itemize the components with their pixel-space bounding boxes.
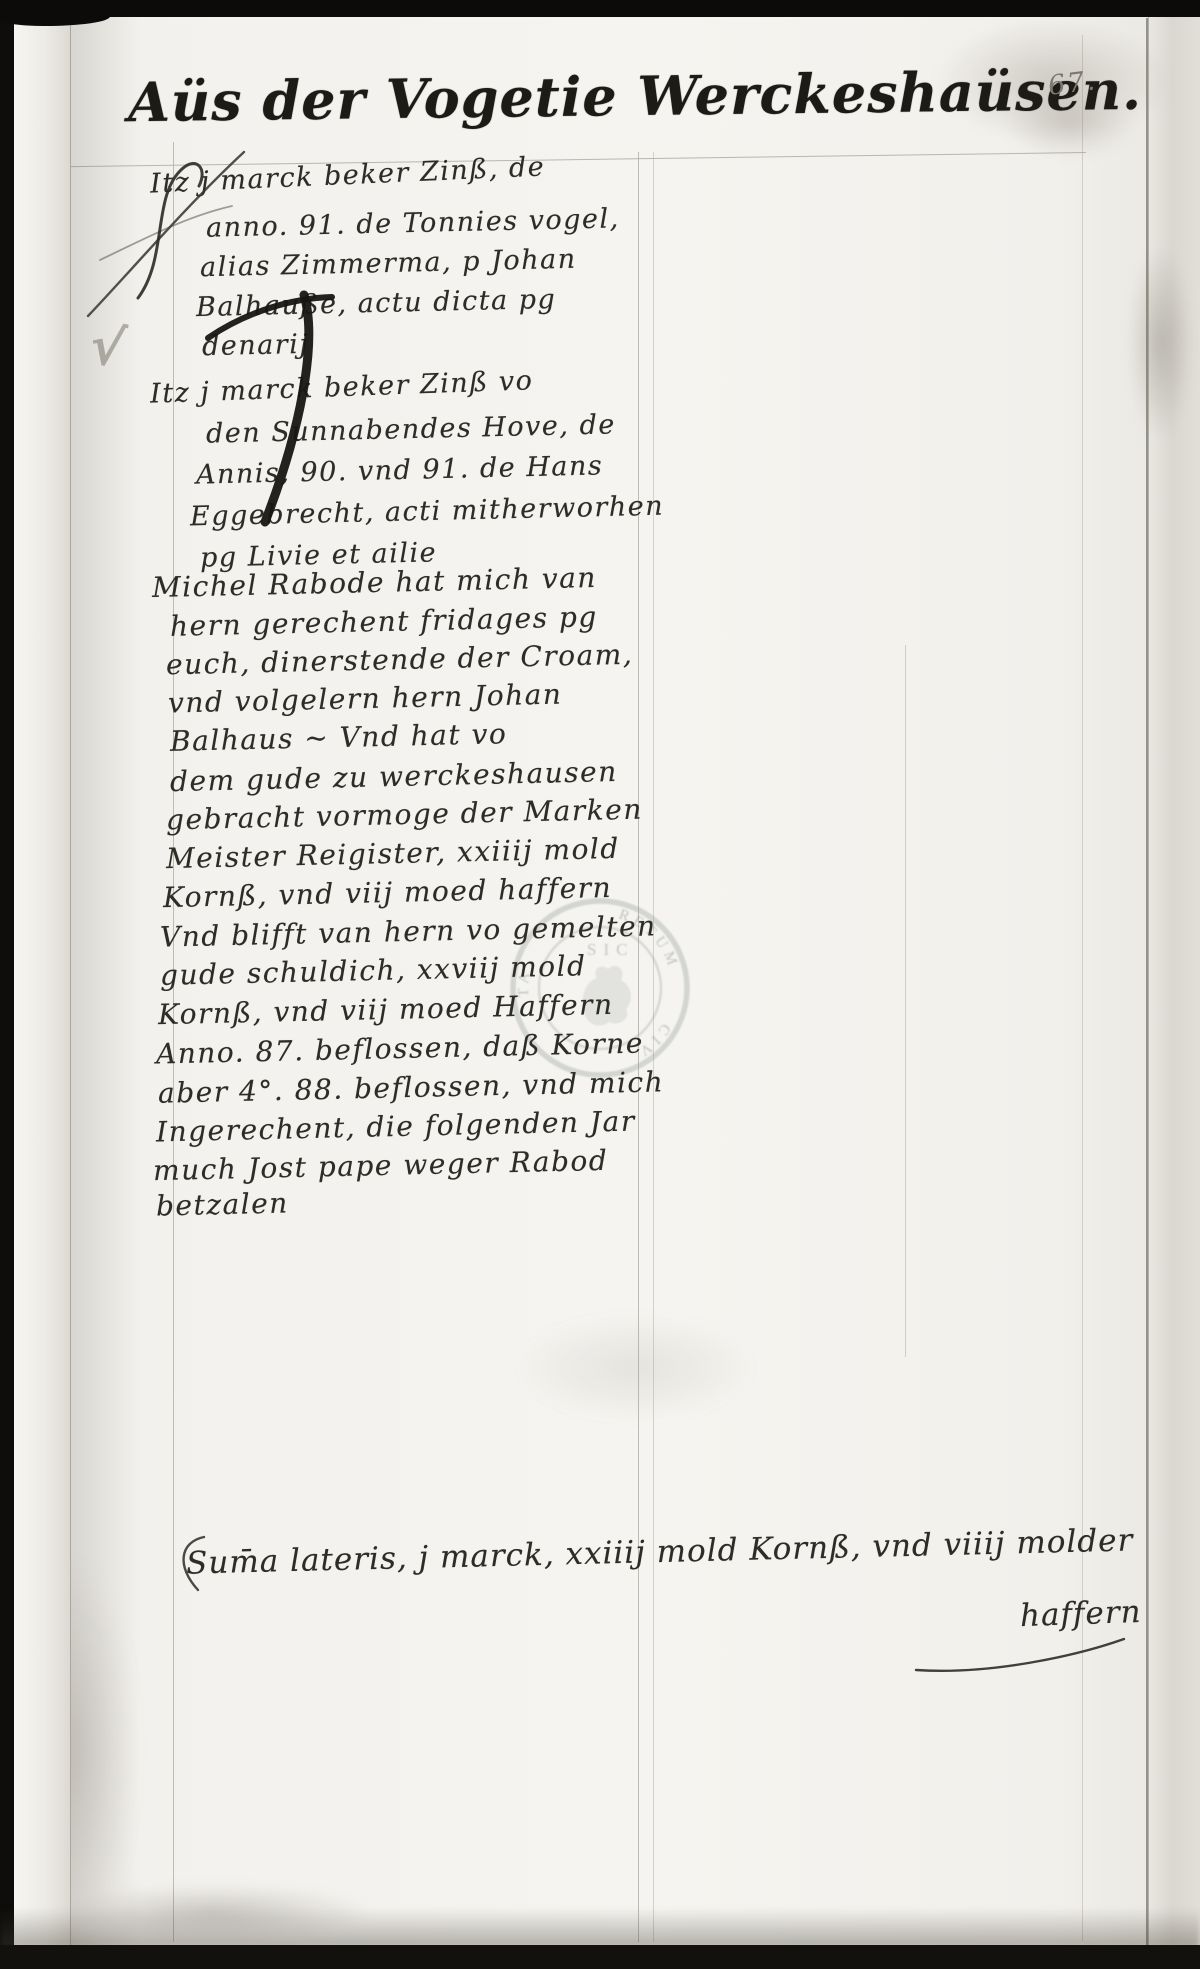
manuscript-line: gebracht vormoge der Marken <box>166 793 643 837</box>
binding-fold-shadow <box>71 0 141 1969</box>
manuscript-line: Meister Reigister, xxiiij mold <box>166 832 620 875</box>
manuscript-line: Itz j marck beker Zinß, de <box>150 151 546 199</box>
manuscript-scan: RETUM CIV TA SIC Aüs der Vogetie Werckes… <box>0 0 1200 1969</box>
summary-line-continuation: haffern <box>1019 1594 1142 1634</box>
paper-stain <box>515 1315 755 1420</box>
photo-border-top <box>0 0 1200 17</box>
manuscript-line: Balhaus ~ Vnd hat vo <box>170 717 508 758</box>
manuscript-line: alias Zimmerma, p Johan <box>200 244 577 284</box>
manuscript-line: Eggebrecht, acti mitherworhen <box>190 491 665 533</box>
adjacent-page-edge <box>1148 17 1200 1945</box>
manuscript-line: Ingerechent, die folgenden Jar <box>156 1105 636 1149</box>
manuscript-line: Itz j marck beker Zinß vo <box>150 365 534 409</box>
manuscript-line: much Jost pape weger Rabod <box>153 1144 609 1187</box>
ruled-line-far-right <box>1082 35 1083 1941</box>
photo-border-bottom <box>0 1945 1200 1969</box>
binding-edge-left <box>0 0 14 1969</box>
page-left-edge <box>14 0 71 1969</box>
manuscript-line: Annis, 90. vnd 91. de Hans <box>196 450 604 490</box>
manuscript-line: denarij <box>202 329 310 362</box>
manuscript-line: euch, dinerstende der Croam, <box>166 638 634 682</box>
folio-number: 67. <box>1046 65 1098 102</box>
ruled-line-right-partial <box>905 645 906 1357</box>
manuscript-line: dem gude zu werckeshausen <box>170 755 618 798</box>
manuscript-line: vnd volgelern hern Johan <box>168 678 563 720</box>
summary-underline-swash <box>916 1639 1124 1671</box>
manuscript-line: betzalen <box>156 1186 289 1222</box>
page-bottom-smudge <box>0 1908 1200 1948</box>
page-heading: Aüs der Vogetie Werckeshaüsen. <box>128 58 1143 134</box>
manuscript-line: Balhauße, actu dicta pg <box>196 284 557 323</box>
manuscript-line: den Sunnabendes Hove, de <box>206 409 616 449</box>
summary-line: Sum̄a lateris, j marck, xxiiij mold Korn… <box>186 1522 1134 1581</box>
manuscript-line: aber 4°. 88. beflossen, vnd mich <box>158 1065 665 1109</box>
manuscript-line: hern gerechent fridages pg <box>170 600 598 643</box>
manuscript-line: anno. 91. de Tonnies vogel, <box>206 203 620 243</box>
